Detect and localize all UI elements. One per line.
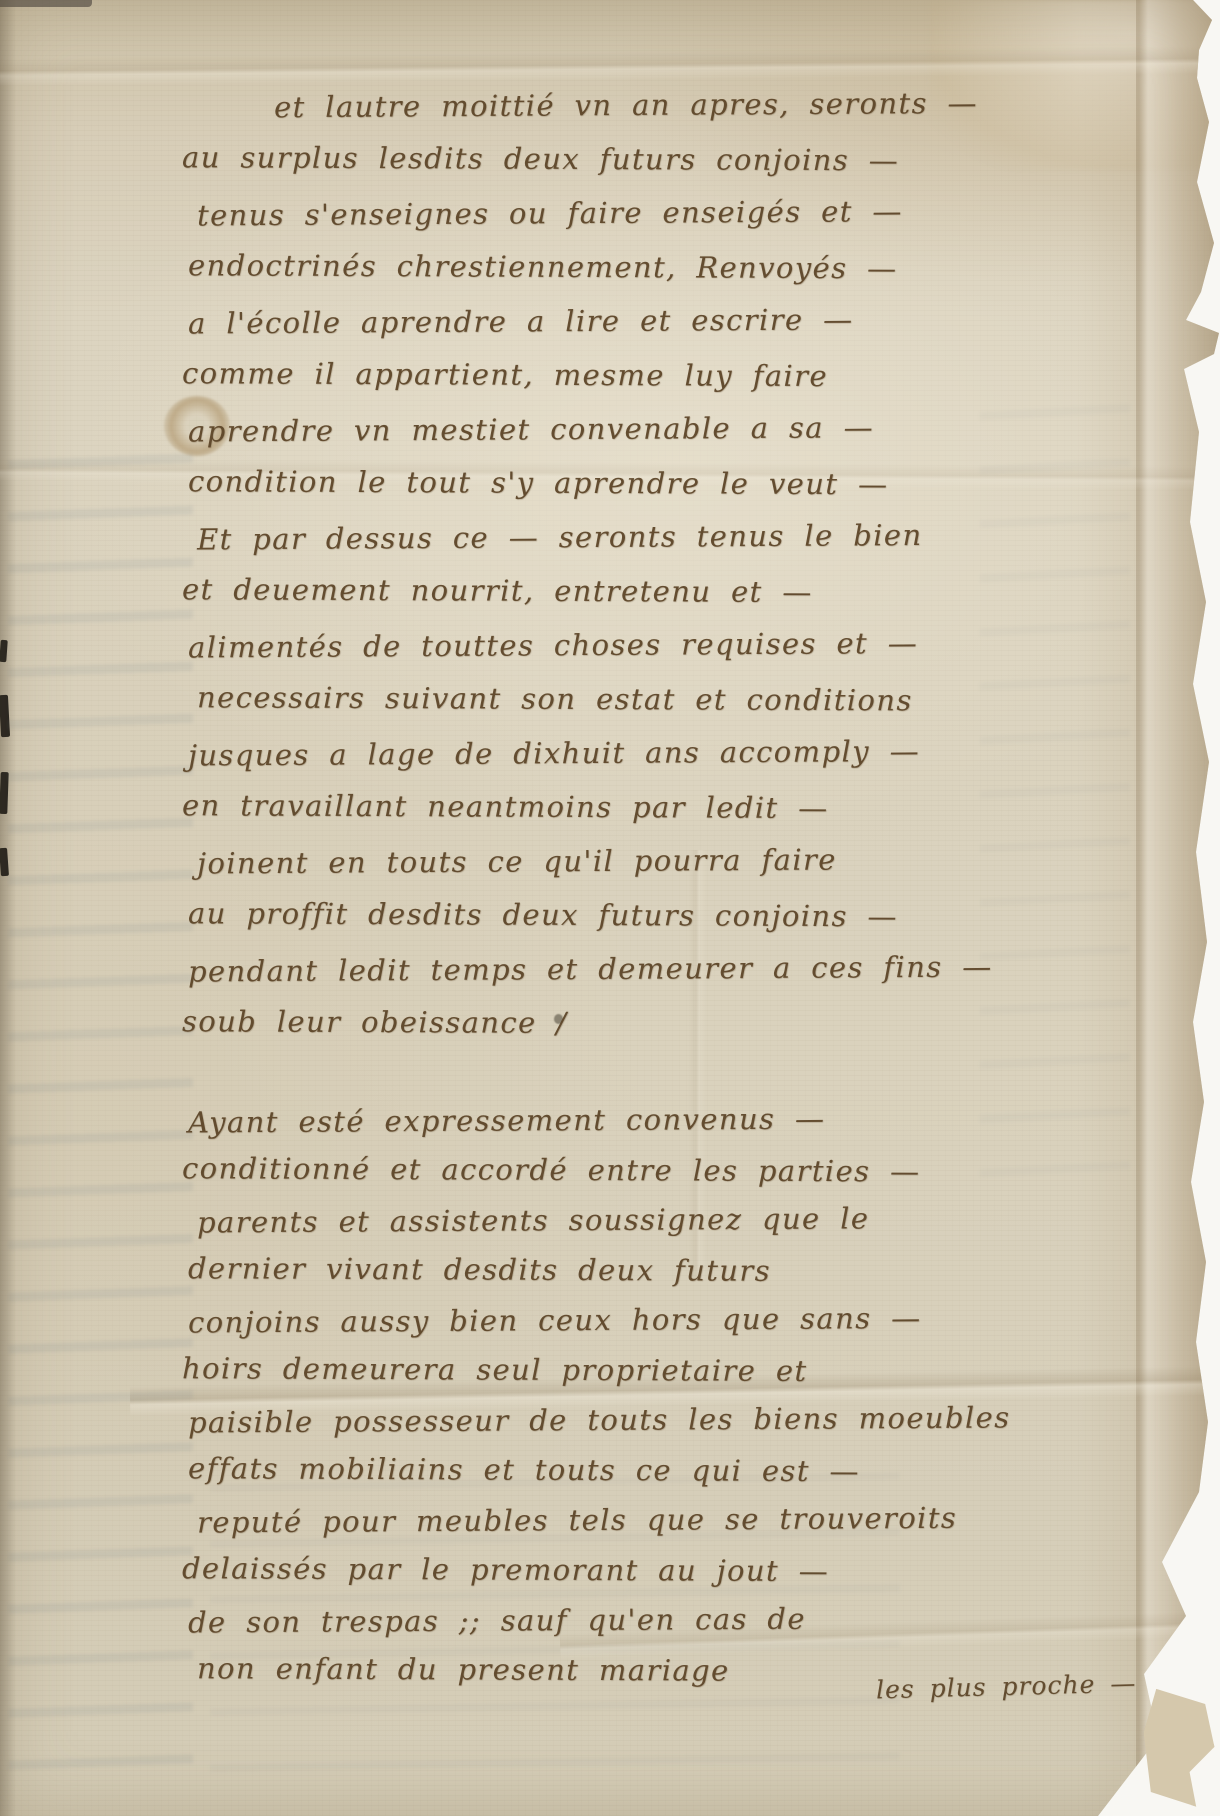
manuscript-line: dernier vivant desdits deux futurs [188, 1243, 998, 1297]
manuscript-line: condition le tout s'y aprendre le veut — [188, 454, 998, 512]
manuscript-line: aprendre vn mestiet convenable a sa — [188, 400, 998, 459]
manuscript-line: conditionné et accordé entre les parties… [182, 1143, 998, 1197]
manuscript-line: tenus s'enseignes ou faire enseigés et — [197, 184, 998, 243]
paper-hole [1183, 1683, 1193, 1694]
manuscript-line: alimentés de touttes choses requises et … [188, 616, 998, 675]
manuscript-line: delaissés par le premorant au jout — [182, 1543, 998, 1597]
paragraph-2: Ayant esté expressement convenus — condi… [188, 1095, 998, 1695]
scan-edge-strip [0, 0, 92, 7]
manuscript-line: effats mobiliains et touts ce qui est — [188, 1443, 998, 1497]
ink-bleedthrough [8, 430, 193, 1800]
manuscript-line: conjoins aussy bien ceux hors que sans — [188, 1293, 998, 1348]
manuscript-line: et lautre moittié vn an apres, seronts — [274, 76, 998, 134]
paragraph-1: et lautre moittié vn an apres, seronts —… [188, 78, 998, 1050]
manuscript-line: au surplus lesdits deux futurs conjoins … [182, 130, 998, 188]
manuscript-line: a l'écolle aprendre a lire et escrire — [188, 292, 998, 351]
manuscript-line: jusques a lage de dixhuit ans accomply — [188, 724, 998, 783]
manuscript-line: hoirs demeurera seul proprietaire et [182, 1343, 998, 1397]
torn-edge-shadow [1078, 0, 1220, 1816]
paper-sheet: et lautre moittié vn an apres, seronts —… [0, 0, 1220, 1816]
manuscript-line: reputé pour meubles tels que se trouvero… [197, 1493, 998, 1548]
manuscript-line: parents et assistents soussignez que le [197, 1193, 998, 1248]
manuscript-line: comme il appartient, mesme luy faire [182, 346, 998, 404]
manuscript-line: en travaillant neantmoins par ledit — [182, 778, 998, 836]
binding-stitch [0, 772, 9, 814]
manuscript-line: et deuement nourrit, entretenu et — [182, 562, 998, 620]
manuscript-line: endoctrinés chrestiennement, Renvoyés — [188, 238, 998, 296]
manuscript-line: pendant ledit temps et demeurer a ces fi… [188, 940, 998, 999]
spine-shadow [0, 0, 16, 1816]
manuscript-line: au proffit desdits deux futurs conjoins … [188, 886, 998, 944]
manuscript-line: Et par dessus ce — seronts tenus le bien [197, 508, 998, 567]
manuscript-line: joinent en touts ce qu'il pourra faire [197, 832, 998, 891]
manuscript-line: necessairs suivant son estat et conditio… [197, 670, 998, 727]
scanned-document: et lautre moittié vn an apres, seronts —… [0, 0, 1220, 1816]
manuscript-line: paisible possesseur de touts les biens m… [188, 1393, 998, 1448]
manuscript-line: soub leur obeissance / [182, 994, 998, 1052]
manuscript-line: de son trespas ;; sauf qu'en cas de [188, 1593, 998, 1648]
manuscript-line: Ayant esté expressement convenus — [188, 1093, 998, 1148]
manuscript-text: et lautre moittié vn an apres, seronts —… [188, 78, 998, 1695]
